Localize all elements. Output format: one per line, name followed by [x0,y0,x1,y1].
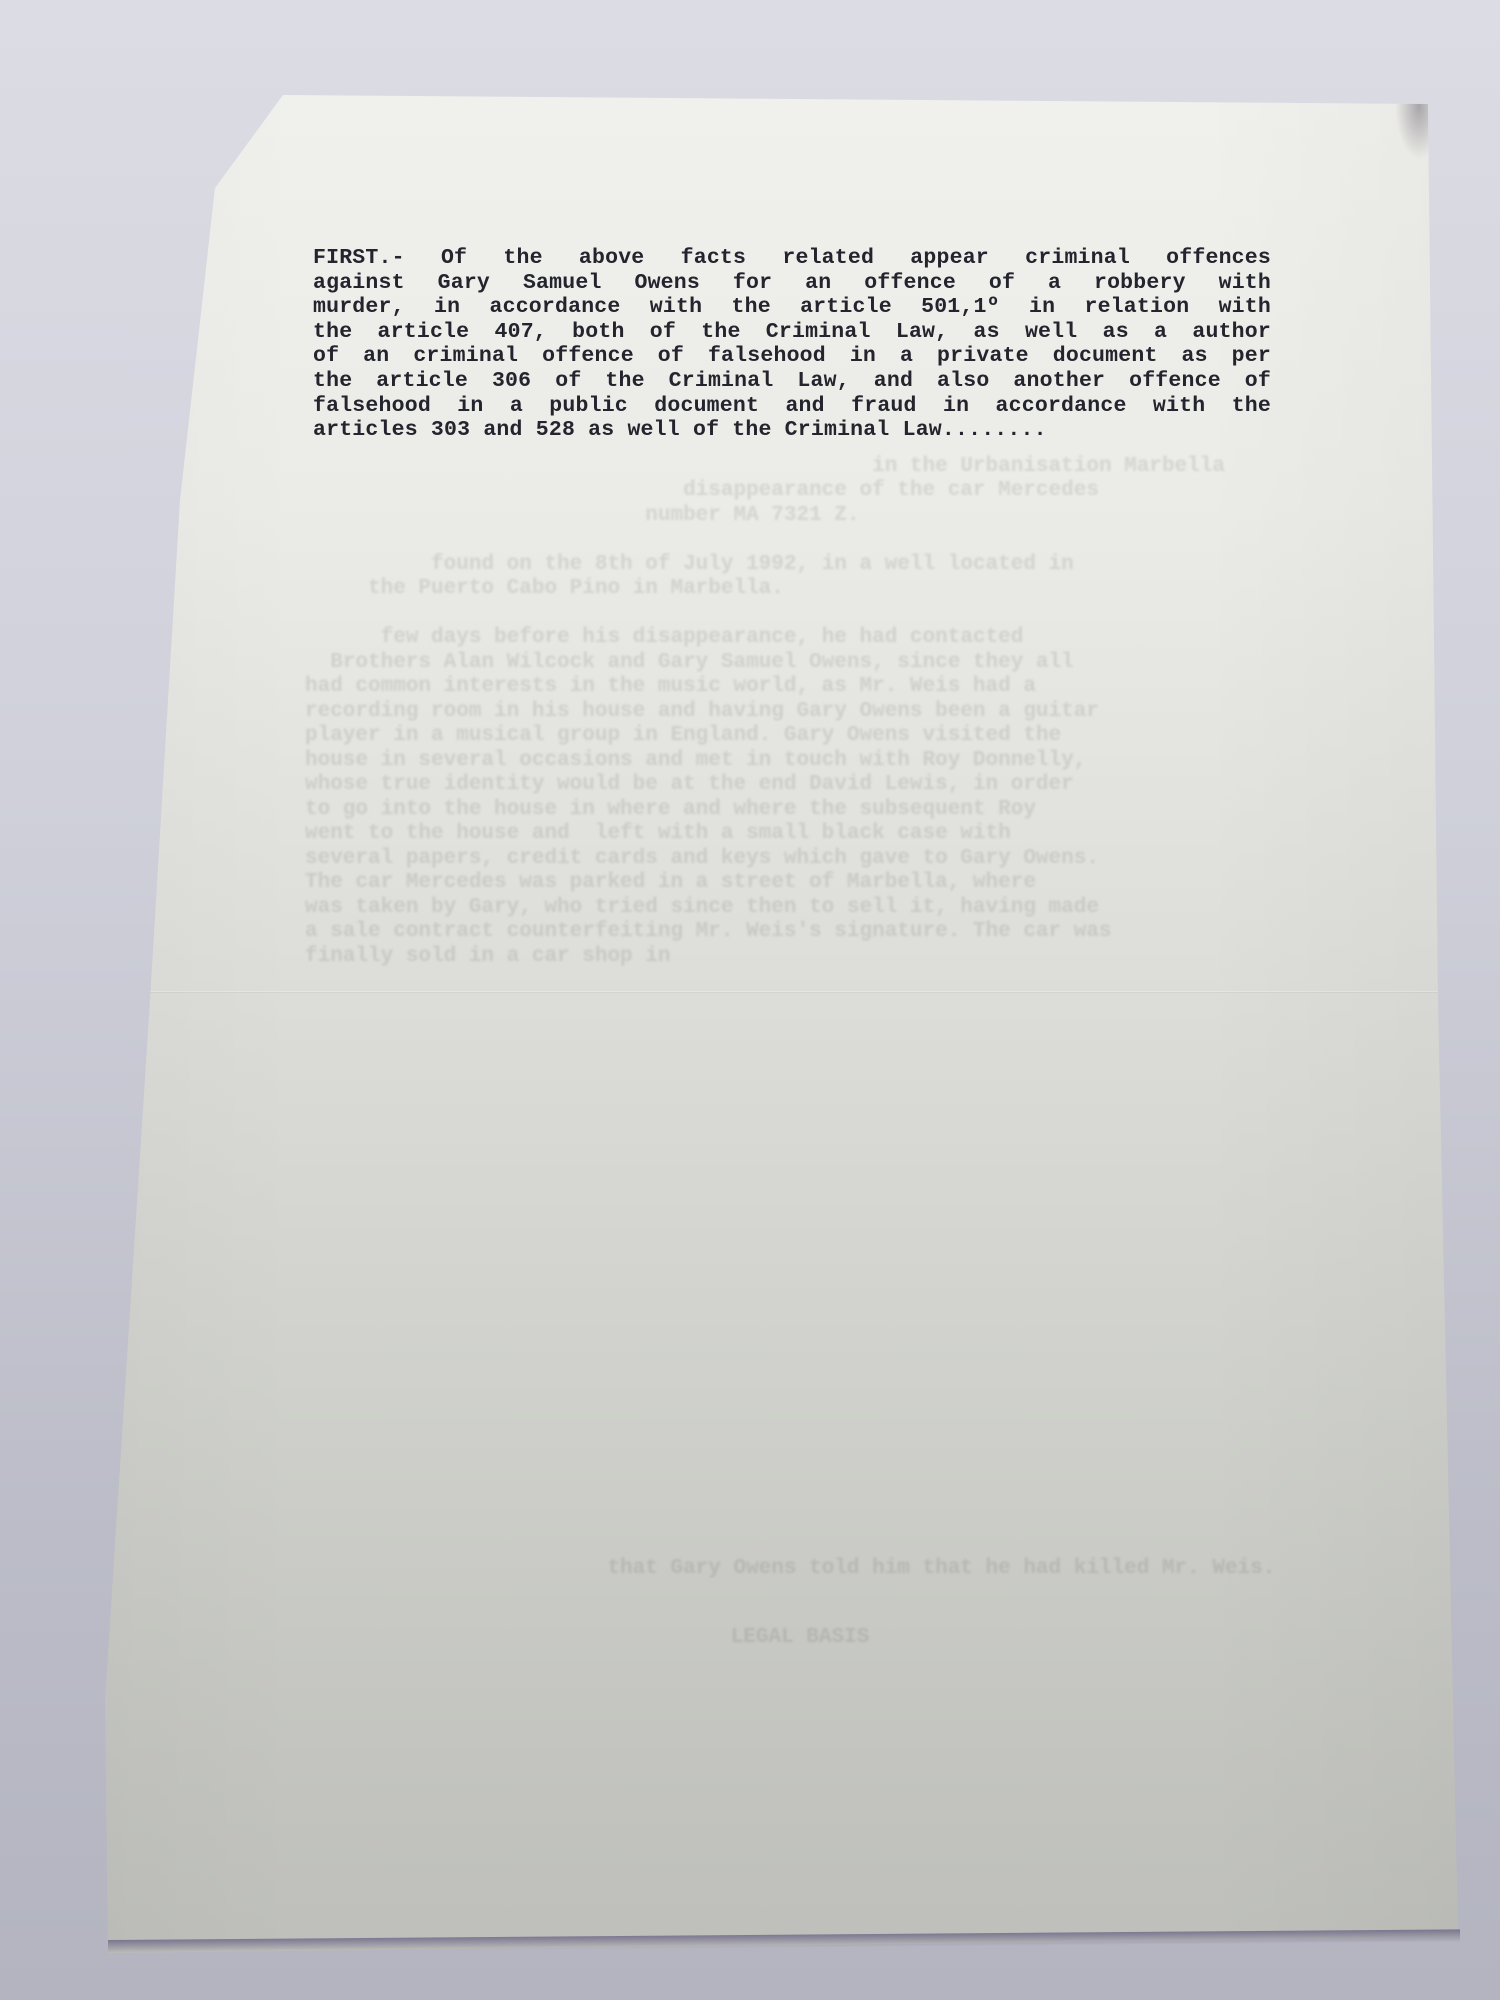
paragraph-line: of an criminal offence of falsehood in a… [313,344,1271,369]
paper-corner-curl [1395,100,1435,160]
show-through-heading: LEGAL BASIS [305,1626,1295,1651]
paragraph-line: against Gary Samuel Owens for an offence… [313,271,1271,296]
paragraph-line: murder, in accordance with the article 5… [313,295,1271,320]
paragraph-line: FIRST.- Of the above facts related appea… [313,246,1271,271]
paragraph-line: falsehood in a public document and fraud… [313,394,1271,419]
show-through-text: in the Urbanisation Marbella disappearan… [305,430,1295,1700]
paragraph-line: articles 303 and 528 as well of the Crim… [313,418,1271,443]
show-through-lines: in the Urbanisation Marbella disappearan… [305,455,1275,1581]
paper-fold-crease [150,991,1440,993]
paragraph-line: the article 407, both of the Criminal La… [313,320,1271,345]
paragraph-line: the article 306 of the Criminal Law, and… [313,369,1271,394]
legal-paragraph-first: FIRST.- Of the above facts related appea… [313,246,1271,443]
paper-sheet: in the Urbanisation Marbella disappearan… [0,0,1500,2000]
